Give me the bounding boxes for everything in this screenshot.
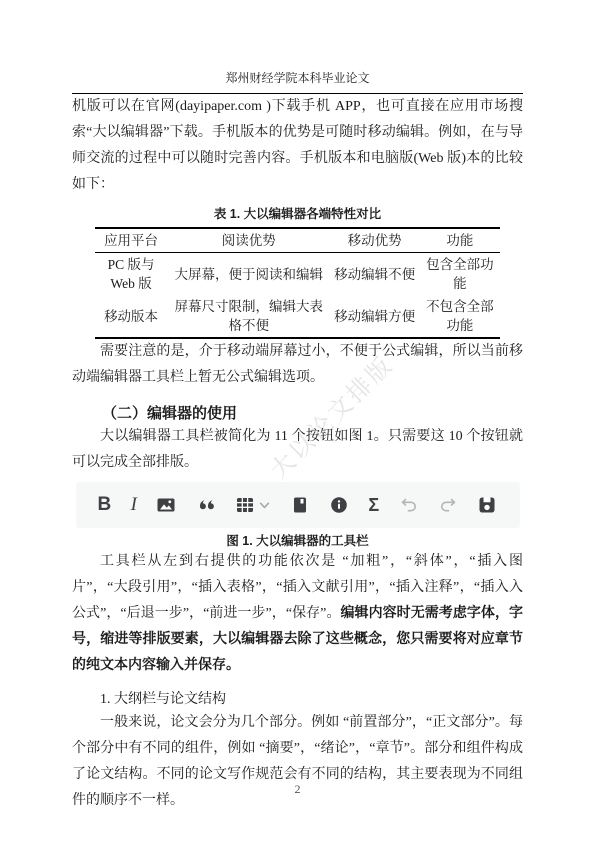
column-header: 应用平台 [95, 228, 168, 253]
note-icon [290, 495, 310, 515]
bold-icon: B [98, 494, 112, 516]
body-paragraph: 需要注意的是，介于移动端屏幕过小，不便于公式编辑，所以当前移动端编辑器工具栏上暂… [72, 339, 523, 391]
table-row: 移动版本 屏幕尺寸限制，编辑大表格不便 移动编辑方便 不包含全部功能 [95, 295, 501, 338]
blockquote-icon [196, 495, 216, 515]
formula-sigma-icon: Σ [368, 495, 379, 516]
table-caption: 表 1. 大以编辑器各端特性对比 [72, 206, 523, 222]
body-paragraph: 工具栏从左到右提供的功能依次是 “加粗”，“斜体”，“插入图片”，“大段引用”，… [72, 549, 523, 679]
section-heading: （二）编辑器的使用 [72, 404, 523, 424]
table-cell: 移动版本 [95, 295, 168, 338]
figure-toolbar-screenshot: B I [72, 482, 523, 549]
table-row: PC 版与 Web 版 大屏幕，便于阅读和编辑 移动编辑不便 包含全部功能 [95, 253, 501, 296]
comparison-table: 应用平台 阅读优势 移动优势 功能 PC 版与 Web 版 大屏幕，便于阅读和编… [95, 227, 501, 339]
page-number: 2 [0, 782, 595, 797]
table-cell: 移动编辑方便 [330, 295, 419, 338]
document-page: 大以论文排版 郑州财经学院本科毕业论文 机版可以在官网(dayipaper.co… [0, 0, 595, 842]
body-paragraph: 机版可以在官网(dayipaper.com )下载手机 APP，也可直接在应用市… [72, 94, 523, 198]
editor-toolbar-image: B I [76, 482, 520, 528]
undo-icon [399, 495, 419, 515]
body-paragraph: 大以编辑器工具栏被简化为 11 个按钮如图 1。只需要这 10 个按钮就可以完成… [72, 424, 523, 476]
table-cell: 移动编辑不便 [330, 253, 419, 296]
redo-icon [438, 495, 458, 515]
table-header-row: 应用平台 阅读优势 移动优势 功能 [95, 228, 501, 253]
column-header: 移动优势 [330, 228, 419, 253]
chevron-down-icon [259, 500, 270, 511]
save-icon [477, 495, 497, 515]
italic-icon: I [131, 494, 137, 516]
table-cell: 不包含全部功能 [419, 295, 500, 338]
figure-caption: 图 1. 大以编辑器的工具栏 [72, 533, 523, 549]
table-cell: 包含全部功能 [419, 253, 500, 296]
table-cell: 屏幕尺寸限制，编辑大表格不便 [168, 295, 330, 338]
info-icon [329, 495, 349, 515]
column-header: 功能 [419, 228, 500, 253]
sub-heading: 1. 大纲栏与论文结构 [72, 690, 523, 710]
running-head: 郑州财经学院本科毕业论文 [72, 70, 523, 94]
insert-table-icon [235, 495, 270, 515]
column-header: 阅读优势 [168, 228, 330, 253]
table-cell: PC 版与 Web 版 [95, 253, 168, 296]
body-paragraph: 一般来说，论文会分为几个部分。例如 “前置部分”，“正文部分”。每个部分中有不同… [72, 710, 523, 814]
insert-image-icon [156, 495, 176, 515]
table-cell: 大屏幕，便于阅读和编辑 [168, 253, 330, 296]
